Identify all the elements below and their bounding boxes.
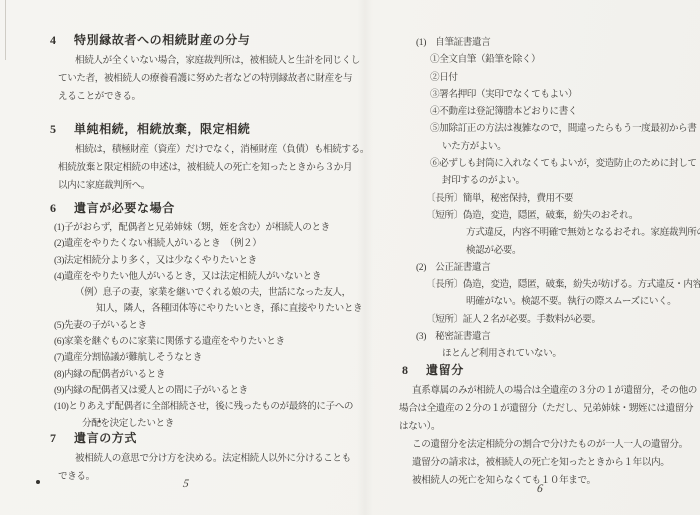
text-line: 被相続人の意思で分け方を決める。法定相続人以外に分けることも (48, 450, 378, 468)
section-heading: 4特別縁故者への相続財産の分与 (48, 30, 378, 50)
text-line: 被相続人の死亡を知らなくても１０年まで。 (392, 472, 700, 490)
text-line: 〔短所〕証人２名が必要。手数料が必要。 (392, 311, 700, 328)
section-heading: 7遺言の方式 (48, 428, 378, 448)
text-line: 封印するのがよい。 (392, 172, 700, 189)
text-line: (6)家業を継ぐものに家業に関係する遺産をやりたいとき (48, 334, 378, 350)
text-line: 相続は，積極財産（資産）だけでなく，消極財産（負債）も相続する。 (48, 141, 378, 159)
section-5: 5単純相続，相続放棄，限定相続 相続は，積極財産（資産）だけでなく，消極財産（負… (48, 119, 378, 195)
text-line: ③署名押印（実印でなくてもよい） (392, 86, 700, 103)
section-number: 5 (48, 119, 74, 139)
section-6: 6遺言が必要な場合 (1)子がおらず，配偶者と兄弟姉妹（甥，姪を含む）が相続人の… (48, 198, 378, 432)
section-7: 7遺言の方式 被相続人の意思で分け方を決める。法定相続人以外に分けることも でき… (48, 428, 378, 486)
section-number: 7 (48, 428, 74, 448)
text-line: (3)法定相続分より多く，又は少なくやりたいとき (48, 253, 378, 269)
text-line: ①全文自筆（鉛筆を除く） (392, 51, 700, 68)
ink-dot (36, 480, 40, 484)
text-line: 〔長所〕簡単，秘密保持，費用不要 (392, 190, 700, 207)
scanned-document: 4特別縁故者への相続財産の分与 相続人が全くいない場合，家庭裁判所は，被相続人と… (0, 0, 700, 515)
text-line: 検認が必要。 (392, 242, 700, 259)
right-page: (1) 自筆証書遺言 ①全文自筆（鉛筆を除く） ②日付 ③署名押印（実印でなくて… (392, 0, 700, 515)
section-title: 遺留分 (426, 363, 464, 377)
text-line: ⑤加除訂正の方法は複雑なので，間違ったらもう一度最初から書 (392, 120, 700, 137)
text-line: (4)遺産をやりたい他人がいるとき，又は法定相続人がいないとき (48, 269, 378, 285)
section-number: 4 (48, 30, 74, 50)
text-line: (1)子がおらず，配偶者と兄弟姉妹（甥，姪を含む）が相続人のとき (48, 220, 378, 236)
text-line: (2) 公正証書遺言 (392, 259, 700, 276)
section-number: 6 (48, 198, 74, 218)
text-line: 明確がない。検認不要。執行の際スムーズにいく。 (392, 293, 700, 310)
text-line: できる。 (48, 468, 378, 486)
scan-edge-line (5, 0, 6, 60)
text-line: （例）息子の妻，家業を継いでくれる娘の夫，世話になった友人， (48, 285, 378, 301)
text-line: (2)遺産をやりたくない相続人がいるとき （例２） (48, 236, 378, 252)
section-heading: 6遺言が必要な場合 (48, 198, 378, 218)
section-7-continued: (1) 自筆証書遺言 ①全文自筆（鉛筆を除く） ②日付 ③署名押印（実印でなくて… (392, 34, 700, 363)
section-8: 8遺留分 直系尊属のみが相続人の場合は全遺産の３分の１が遺留分，その他の 場合は… (392, 360, 700, 490)
text-line: (8)内縁の配偶者がいるとき (48, 367, 378, 383)
text-line: (1) 自筆証書遺言 (392, 34, 700, 51)
text-line: 相続放棄と限定相続の申述は，被相続人の死亡を知ったときから３か月 (48, 159, 378, 177)
text-line: (3) 秘密証書遺言 (392, 328, 700, 345)
text-line: 以内に家庭裁判所へ。 (48, 177, 378, 195)
text-line: 相続人が全くいない場合，家庭裁判所は，被相続人と生計を同じくし (48, 52, 378, 70)
text-line: 知人，隣人，各種団体等にやりたいとき，孫に直接やりたいとき (48, 301, 378, 317)
text-line: 〔短所〕偽造，変造，隠匿，破棄，紛失のおそれ。 (392, 207, 700, 224)
text-line: 〔長所〕偽造，変造，隠匿，破棄，紛失が妨げる。方式違反・内容不 (392, 276, 700, 293)
section-title: 特別縁故者への相続財産の分与 (74, 33, 250, 47)
text-line: ⑥必ずしも封筒に入れなくてもよいが，変造防止のために封して (392, 155, 700, 172)
section-title: 遺言の方式 (74, 431, 137, 445)
section-heading: 5単純相続，相続放棄，限定相続 (48, 119, 378, 139)
text-line: えることができる。 (48, 88, 378, 106)
text-line: (5)先妻の子がいるとき (48, 318, 378, 334)
text-line: (7)遺産分割協議が難航しそうなとき (48, 350, 378, 366)
text-line: はない）。 (392, 418, 700, 436)
section-4: 4特別縁故者への相続財産の分与 相続人が全くいない場合，家庭裁判所は，被相続人と… (48, 30, 378, 106)
text-line: ていた者，被相続人の療養看護に努めた者などの特別縁故者に財産を与 (48, 70, 378, 88)
text-line: (9)内縁の配偶者又は愛人との間に子がいるとき (48, 383, 378, 399)
section-title: 単純相続，相続放棄，限定相続 (74, 122, 250, 136)
text-line: いた方がよい。 (392, 138, 700, 155)
text-line: この遺留分を法定相続分の割合で分けたものが一人一人の遺留分。 (392, 436, 700, 454)
text-line: 場合は全遺産の２分の１が遺留分（ただし、兄弟姉妹・甥姪には遺留分 (392, 400, 700, 418)
text-line: ④不動産は登記簿謄本どおりに書く (392, 103, 700, 120)
text-line: ②日付 (392, 69, 700, 86)
section-title: 遺言が必要な場合 (74, 201, 175, 215)
section-number: 8 (400, 360, 426, 380)
text-line: 直系尊属のみが相続人の場合は全遺産の３分の１が遺留分，その他の (392, 382, 700, 400)
left-page: 4特別縁故者への相続財産の分与 相続人が全くいない場合，家庭裁判所は，被相続人と… (48, 0, 378, 515)
text-line: 方式違反，内容不明確で無効となるおそれ。家庭裁判所の (392, 224, 700, 241)
text-line: 遺留分の請求は，被相続人の死亡を知ったときから１年以内。 (392, 454, 700, 472)
section-heading: 8遺留分 (392, 360, 700, 380)
ink-dot (98, 420, 101, 423)
text-line: (10)とりあえず配偶者に全部相続させ，後に残ったものが最終的に子への (48, 399, 378, 415)
